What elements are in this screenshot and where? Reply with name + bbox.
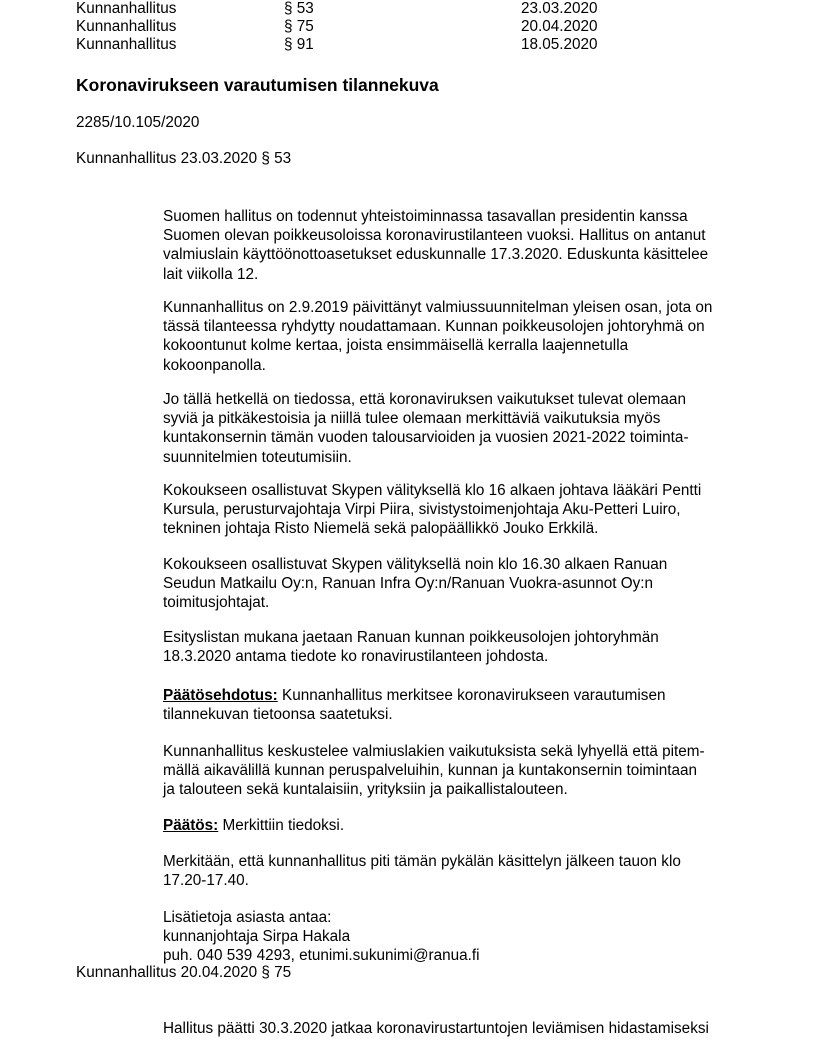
decision-label: Päätös:: [163, 817, 218, 834]
paragraph: Kokoukseen osallistuvat Skypen välitykse…: [163, 555, 753, 613]
paragraph: Jo tällä hetkellä on tiedossa, että koro…: [163, 390, 753, 467]
history-date: 20.04.2020: [521, 18, 598, 36]
meeting-header: Kunnanhallitus 23.03.2020 § 53: [76, 150, 291, 168]
decision: Päätös: Merkittiin tiedoksi.: [163, 816, 753, 835]
proposal-label: Päätösehdotus:: [163, 687, 278, 704]
history-body: Kunnanhallitus: [76, 18, 176, 36]
paragraph: Hallitus päätti 30.3.2020 jatkaa koronav…: [163, 1019, 753, 1038]
document-title: Koronavirukseen varautumisen tilannekuva: [76, 76, 439, 94]
history-section: § 53: [284, 0, 314, 18]
history-section: § 91: [284, 36, 314, 54]
meeting-header: Kunnanhallitus 20.04.2020 § 75: [76, 964, 291, 982]
record-number: 2285/10.105/2020: [76, 114, 199, 132]
contact-info: Lisätietoja asiasta antaa: kunnanjohtaja…: [163, 908, 753, 966]
paragraph: Kunnanhallitus keskustelee valmiuslakien…: [163, 742, 753, 800]
paragraph: Kunnanhallitus on 2.9.2019 päivittänyt v…: [163, 298, 753, 375]
history-date: 18.05.2020: [521, 36, 598, 54]
paragraph: Kokoukseen osallistuvat Skypen välitykse…: [163, 481, 753, 539]
paragraph: Merkitään, että kunnanhallitus piti tämä…: [163, 852, 753, 890]
paragraph: Esityslistan mukana jaetaan Ranuan kunna…: [163, 628, 753, 666]
history-body: Kunnanhallitus: [76, 36, 176, 54]
history-body: Kunnanhallitus: [76, 0, 176, 18]
paragraph: Suomen hallitus on todennut yhteistoimin…: [163, 207, 753, 284]
history-section: § 75: [284, 18, 314, 36]
decision-proposal: Päätösehdotus: Kunnanhallitus merkitsee …: [163, 686, 753, 724]
history-date: 23.03.2020: [521, 0, 598, 18]
